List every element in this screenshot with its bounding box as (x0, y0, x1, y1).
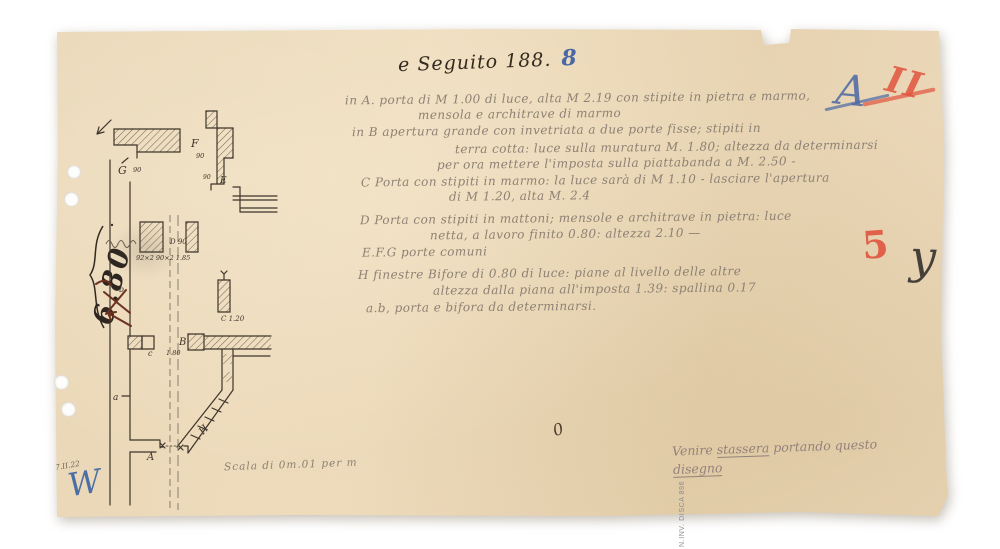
label-corridor-a: a (113, 393, 118, 403)
label-B-width: 1.80 (166, 349, 180, 357)
label-b-small: b (119, 285, 124, 294)
floor-plan-drawing: G 90 F 90 E 90 D 90 92×2 90×2 1.85 C 1.2… (0, 0, 1000, 549)
label-C-dim: C 1.20 (221, 315, 245, 323)
scan-background: e Seguito 188.8 in A. porta di M 1.00 di… (0, 0, 1000, 549)
label-c: c (148, 349, 153, 358)
punch-hole (64, 192, 79, 207)
label-dims-row: 92×2 90×2 1.85 (136, 254, 190, 262)
label-G-dim: 90 (133, 166, 141, 174)
label-G: G (118, 164, 127, 177)
inventory-stamp: N.INV. DISCA 896 (679, 481, 686, 547)
label-A: A (146, 452, 154, 463)
label-H: H (196, 423, 211, 438)
punch-hole (67, 165, 81, 179)
dimension-brace (90, 226, 104, 328)
label-E-dim: 90 (203, 174, 211, 181)
dark-red-correction-marks (96, 281, 131, 326)
label-F: F (190, 137, 199, 150)
label-B: B (178, 337, 186, 348)
label-D: D 90 (169, 238, 187, 246)
label-E: E (219, 176, 227, 186)
label-F-dim: 90 (196, 152, 204, 160)
punch-hole (61, 402, 76, 417)
punch-hole (54, 375, 69, 390)
